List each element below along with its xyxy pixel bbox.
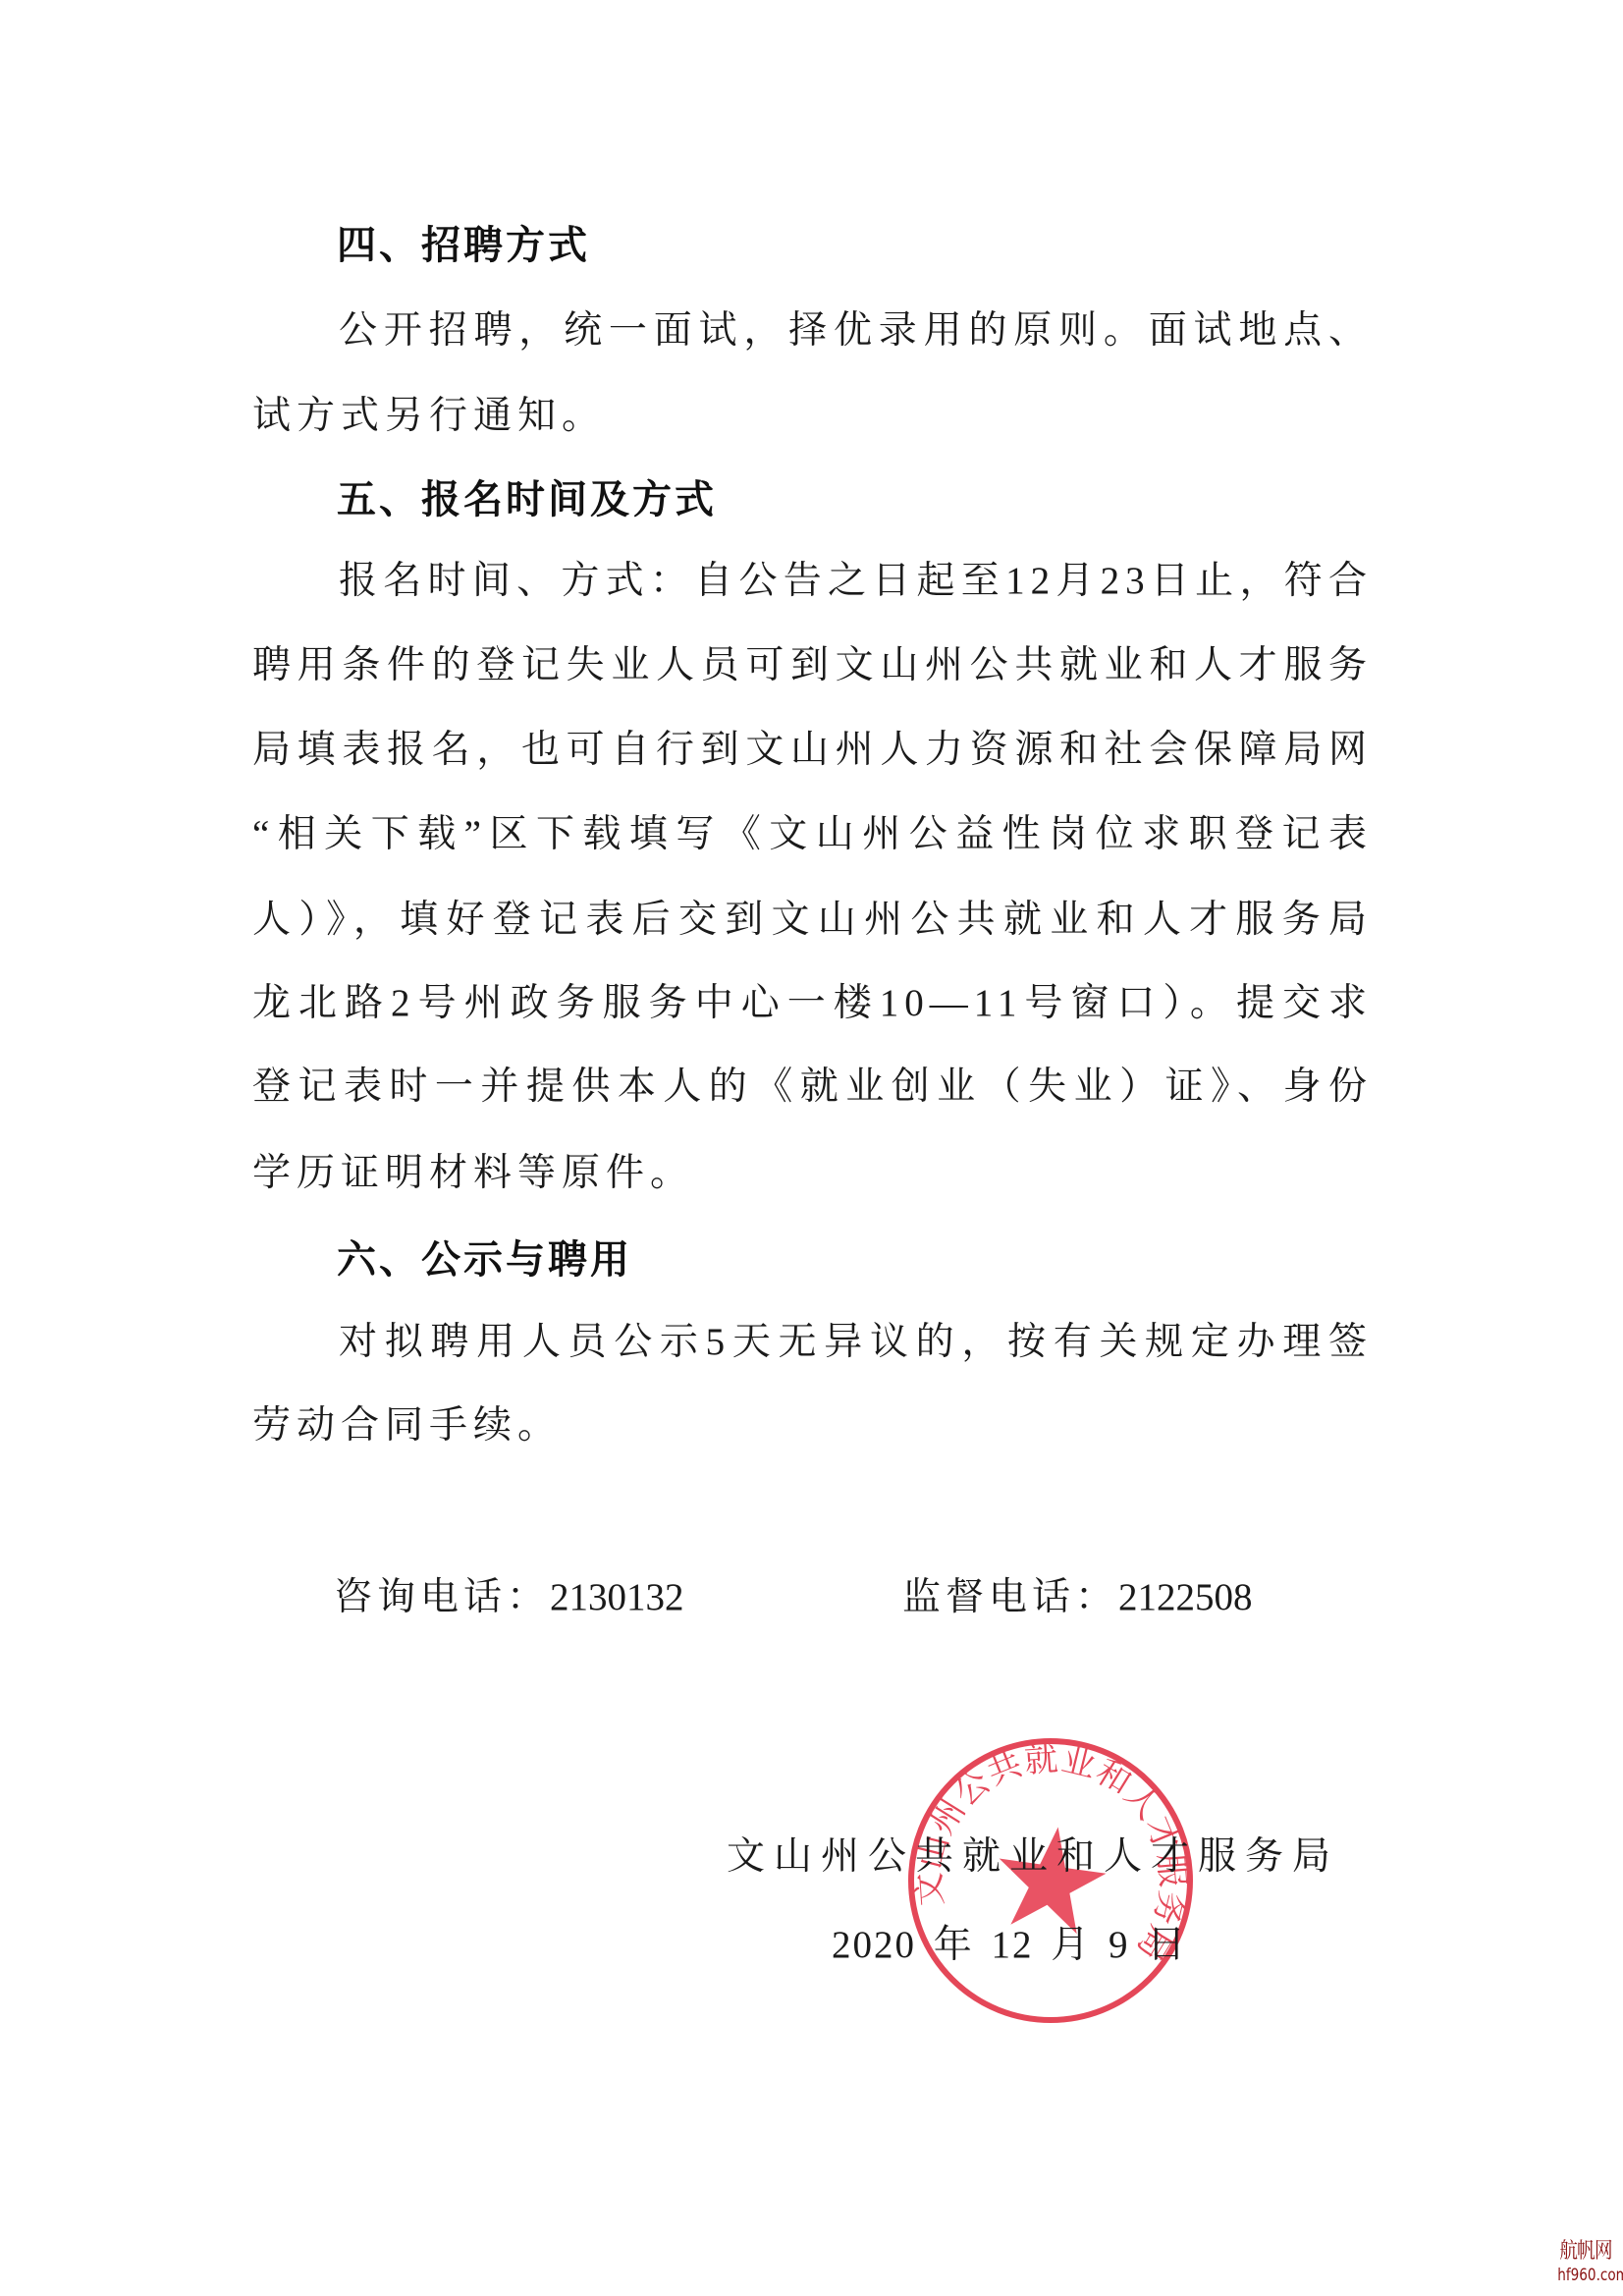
watermark-name: 航帆网: [1555, 2239, 1615, 2265]
supervise-phone-label: 监督电话：: [902, 1576, 1118, 1618]
paragraph-line: 龙北路2号州政务服务中心一楼10—11号窗口）。提交求职: [252, 980, 1373, 1027]
site-watermark: 航帆网 hf960.com: [1550, 2239, 1621, 2286]
paragraph-line: 学历证明材料等原件。: [252, 1150, 694, 1197]
signing-organization: 文山州公共就业和人才服务局: [727, 1833, 1339, 1881]
paragraph-line: 试方式另行通知。: [252, 393, 606, 440]
section-heading-publicity-hiring: 六、公示与聘用: [337, 1236, 632, 1284]
watermark-url: hf960.com: [1557, 2265, 1614, 2286]
paragraph-line: 公开招聘，统一面试，择优录用的原则。面试地点、面: [339, 307, 1373, 355]
paragraph-line: 对拟聘用人员公示5天无异议的，按有关规定办理签订: [339, 1319, 1373, 1366]
paragraph-line: 劳动合同手续。: [252, 1402, 562, 1449]
consult-phone-number: 2130132: [550, 1576, 684, 1618]
section-heading-registration: 五、报名时间及方式: [337, 476, 717, 523]
supervise-phone-number: 2122508: [1118, 1576, 1253, 1618]
supervise-phone: 监督电话：2122508: [902, 1574, 1253, 1621]
paragraph-line: 报名时间、方式：自公告之日起至12月23日止，符合: [339, 558, 1373, 605]
consult-phone-label: 咨询电话：: [334, 1576, 550, 1618]
paragraph-line: 局填表报名，也可自行到文山州人力资源和社会保障局网站: [252, 727, 1373, 774]
paragraph-line: “相关下载”区下载填写《文山州公益性岗位求职登记表（个: [252, 811, 1373, 858]
paragraph-line: 人）》，填好登记表后交到文山州公共就业和人才服务局（华: [252, 897, 1373, 944]
paragraph-line: 登记表时一并提供本人的《就业创业（失业）证》、身份证、: [252, 1064, 1373, 1111]
official-seal-icon: 文山州公共就业和人才服务局: [903, 1733, 1198, 2028]
consult-phone: 咨询电话：2130132: [334, 1574, 684, 1621]
paragraph-line: 聘用条件的登记失业人员可到文山州公共就业和人才服务: [252, 642, 1373, 689]
section-heading-recruitment-method: 四、招聘方式: [337, 222, 590, 269]
document-page: 四、招聘方式 公开招聘，统一面试，择优录用的原则。面试地点、面 试方式另行通知。…: [0, 0, 1623, 2296]
signing-date: 2020 年 12 月 9 日: [832, 1922, 1187, 1969]
